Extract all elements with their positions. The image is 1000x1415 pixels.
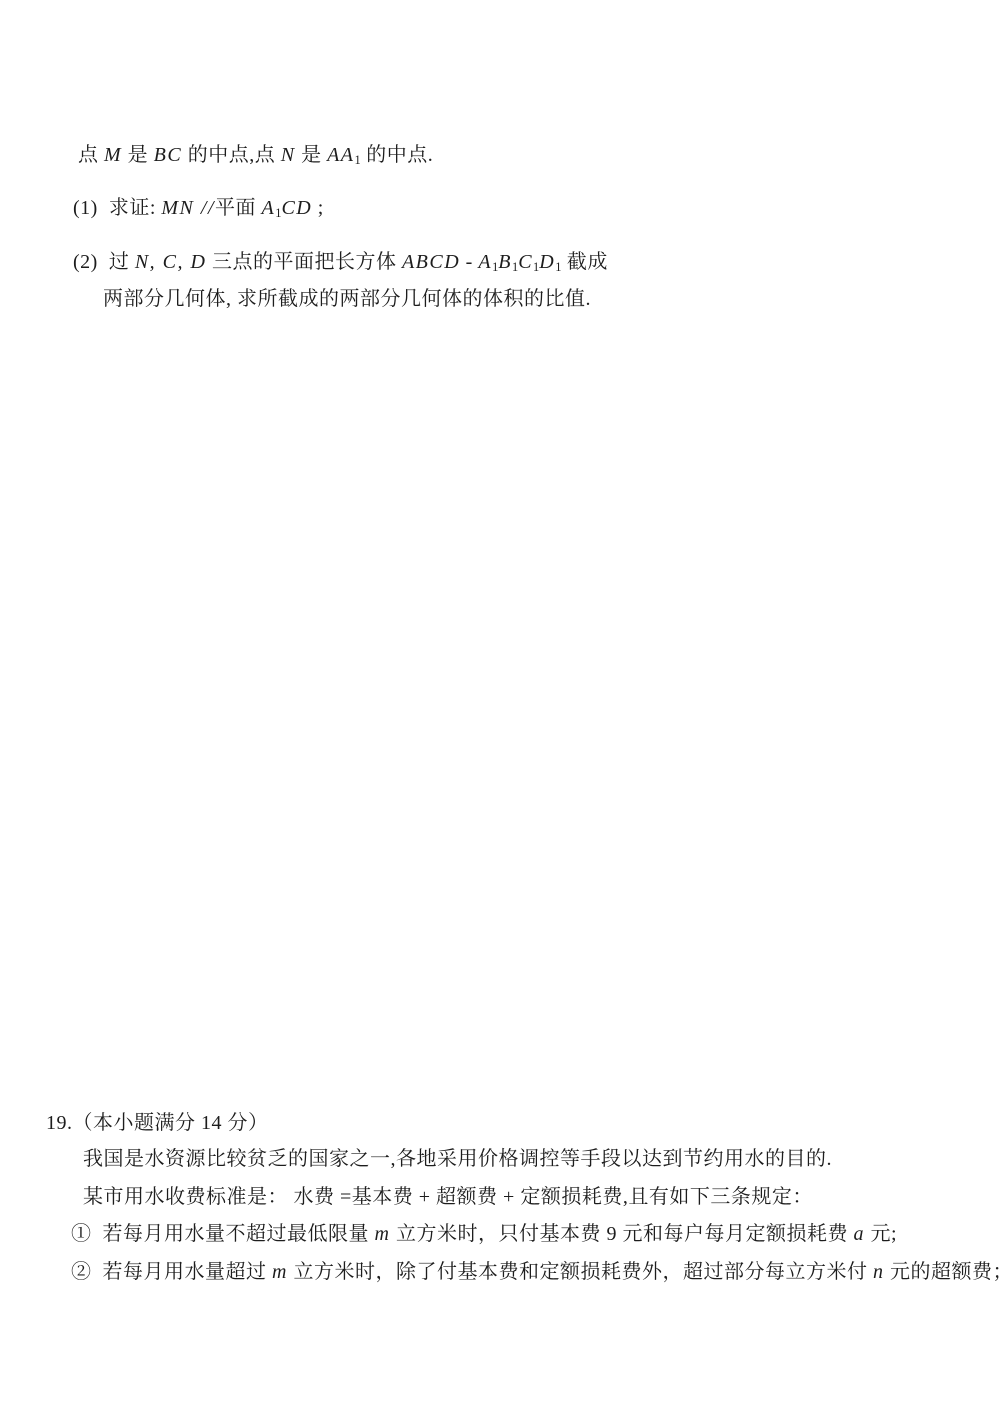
question-19-header: 19.（本小题满分 14 分） [46,1110,269,1137]
question-19-intro-line: 我国是水资源比较贫乏的国家之一,各地采用价格调控等手段以达到节约用水的目的. [83,1146,832,1173]
text-run: 是 [122,144,154,166]
text-run: 三点的平面把长方体 [206,251,402,273]
text-run: (2) 过 [73,251,135,273]
text-run: 的中点,点 [182,144,281,166]
question-19-rule-2-line: ② 若每月用水量超过 m 立方米时，除了付基本费和定额损耗费外，超过部分每立方米… [71,1259,1000,1286]
math-variable: B [498,251,512,273]
text-run: 点 [78,144,104,166]
text-run: ① 若每月用水量不超过最低限量 [71,1223,375,1245]
text-run: 立方米时，只付基本费 9 元和每户每月定额损耗费 [390,1223,853,1245]
question-19-pricing-standard-line: 某市用水收费标准是： 水费 =基本费 + 超额费 + 定额损耗费,且有如下三条规… [83,1184,813,1211]
math-variable: a [853,1223,865,1245]
geometry-part-2-line-2: 两部分几何体, 求所截成的两部分几何体的体积的比值. [103,286,591,313]
math-variable: A [262,197,276,219]
text-run: 截成 [561,251,608,273]
math-variable: A [478,251,492,273]
geometry-intro-line: 点 M 是 BC 的中点,点 N 是 AA1 的中点. [78,142,433,174]
exam-page: 点 M 是 BC 的中点,点 N 是 AA1 的中点. (1) 求证: MN /… [0,0,1000,1415]
math-variable: MN // [161,197,215,219]
math-variable: N [281,144,296,166]
math-variable: M [104,144,122,166]
text-run: 立方米时，除了付基本费和定额损耗费外，超过部分每立方米付 [288,1261,873,1283]
question-19-rule-1-line: ① 若每月用水量不超过最低限量 m 立方米时，只付基本费 9 元和每户每月定额损… [71,1221,897,1248]
geometry-part-1-line: (1) 求证: MN //平面 A1CD ; [73,195,324,227]
math-variable: D [539,251,555,273]
text-run: 元; [865,1223,897,1245]
text-run: 元的超额费； [884,1261,1000,1283]
math-variable: n [873,1261,885,1283]
math-variable: ABCD [402,251,460,273]
math-variable: m [272,1261,288,1283]
text-run: - [460,251,478,273]
text-run: ; [312,197,324,219]
text-run: 两部分几何体, 求所截成的两部分几何体的体积的比值. [103,288,591,310]
math-variable: m [375,1223,391,1245]
text-run: (1) 求证: [73,197,161,219]
math-variable: C [518,251,533,273]
math-variable: BC [154,144,183,166]
math-variable: CD [281,197,312,219]
text-run: 的中点. [361,144,434,166]
geometry-part-2-line-1: (2) 过 N, C, D 三点的平面把长方体 ABCD - A1B1C1D1 … [73,249,608,281]
text-run: 是 [296,144,328,166]
text-run: 平面 [215,197,262,219]
text-run: ② 若每月用水量超过 [71,1261,272,1283]
math-variable: AA [327,144,354,166]
math-variable: N, C, D [135,251,207,273]
